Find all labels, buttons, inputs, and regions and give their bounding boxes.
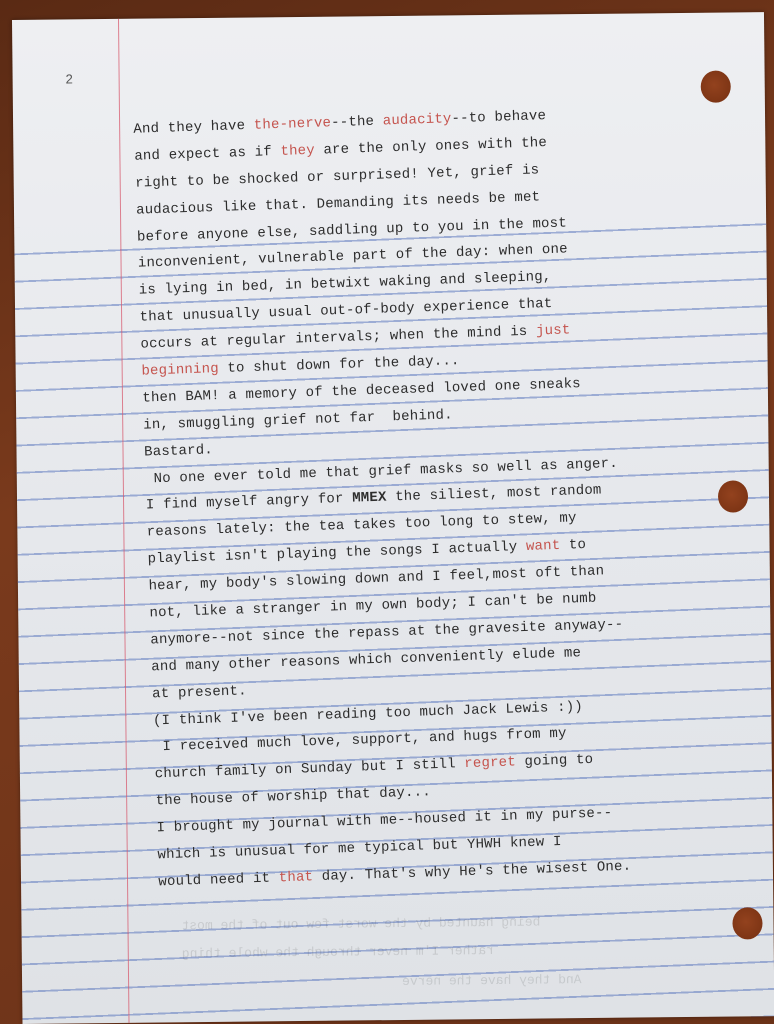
text-segment: going to [516,752,594,771]
text-segment: --the [331,113,383,131]
red-ink-word: that [279,869,314,886]
text-segment: the siliest, most random [386,483,601,506]
text-segment: and expect as if [134,144,281,165]
text-segment: are the only ones with the [315,135,548,159]
text-segment: the house of worship that day... [155,785,431,810]
text-segment: And they have [133,118,254,138]
text-segment: church family on Sunday but I still [155,756,465,782]
text-segment: --to behave [451,108,546,127]
text-segment: to shut down for the day... [219,353,460,377]
typewritten-page: 2 And they have the nerve rather I'm nev… [12,12,774,1024]
red-ink-word: the-nerve [254,115,332,134]
text-segment: I find myself angry for [146,491,353,514]
text-segment: in, smuggling grief not far behind. [143,407,453,433]
red-ink-word: want [526,538,561,555]
text-segment: day. That's why He's the wisest One. [313,859,632,886]
text-segment: to [560,537,586,554]
page-number: 2 [66,71,73,86]
text-segment: at present. [152,683,247,702]
text-segment: would need it [158,870,279,890]
red-ink-word: beginning [141,361,219,380]
red-ink-word: audacity [383,111,452,129]
text-segment: MMEX [352,490,387,507]
red-ink-word: just [536,322,571,339]
body-text: And they have the-nerve--the audacity--t… [133,97,759,896]
punch-hole-icon [732,907,762,939]
red-ink-word: they [280,143,315,160]
bleed-through-text: And they have the nerve [402,972,582,989]
red-ink-word: regret [464,755,516,773]
text-segment: Bastard. [144,442,213,460]
